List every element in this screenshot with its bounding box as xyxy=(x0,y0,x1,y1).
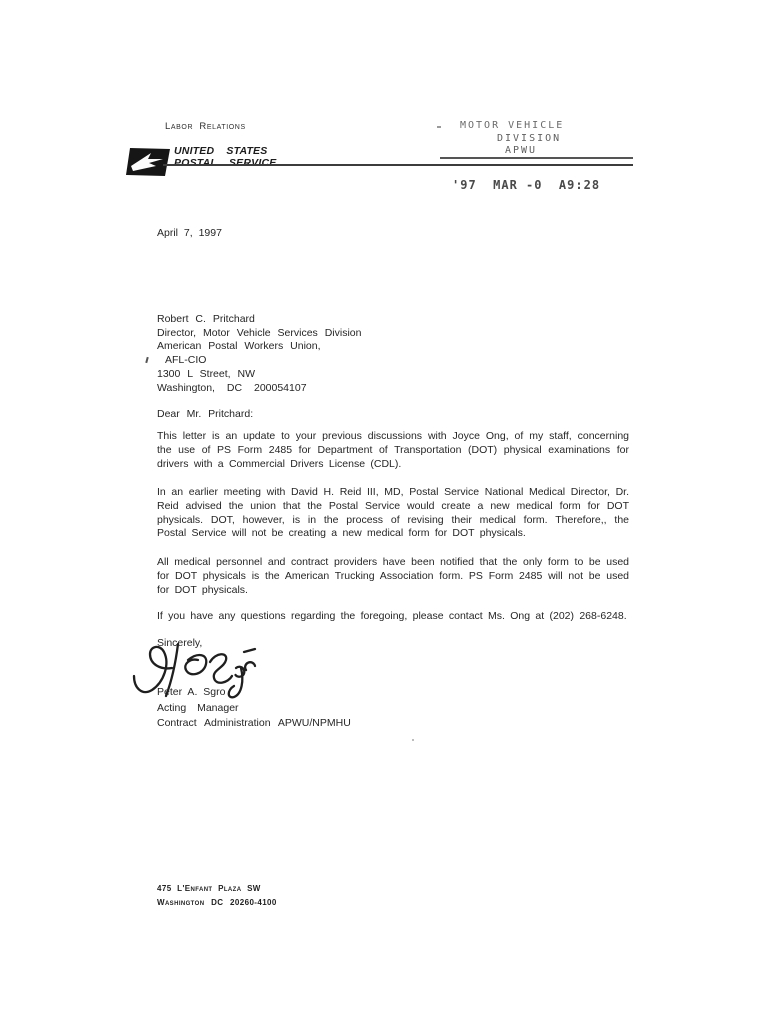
received-stamp-org-line1: MOTOR VEHICLE xyxy=(460,120,564,131)
body-paragraph-3: All medical personnel and contract provi… xyxy=(157,556,629,597)
footer-address-line1: 475 L'Enfant Plaza SW xyxy=(157,884,261,893)
recipient-org: American Postal Workers Union, xyxy=(157,340,361,354)
header-rule xyxy=(163,164,633,166)
recipient-name: Robert C. Pritchard xyxy=(157,313,361,327)
footer-address-line2: Washington DC 20260-4100 xyxy=(157,898,277,907)
received-stamp-underline xyxy=(440,157,633,159)
scanned-letter-page: Labor Relations UNITED STATES POSTAL SER… xyxy=(0,0,770,1024)
body-paragraph-1: This letter is an update to your previou… xyxy=(157,430,629,471)
recipient-org2: AFL-CIO xyxy=(157,354,361,368)
usps-logo xyxy=(126,147,170,177)
received-stamp-org-line2: DIVISION xyxy=(497,133,561,144)
recipient-city-state-zip: Washington, DC 200054107 xyxy=(157,382,361,396)
received-stamp-org-line3: APWU xyxy=(505,145,537,156)
recipient-address-block: Robert C. Pritchard Director, Motor Vehi… xyxy=(157,313,361,395)
usps-wordmark-line1: UNITED STATES xyxy=(174,146,276,158)
scan-artifact-dash xyxy=(437,126,441,128)
signer-name: Peter A. Sgro xyxy=(157,686,225,698)
signer-title-line1: Acting Manager xyxy=(157,702,239,714)
usps-eagle-icon xyxy=(126,147,170,177)
scan-artifact-tick xyxy=(145,357,148,363)
scan-artifact-dot xyxy=(412,739,414,741)
salutation: Dear Mr. Pritchard: xyxy=(157,408,253,420)
body-paragraph-4: If you have any questions regarding the … xyxy=(157,610,629,624)
letter-date: April 7, 1997 xyxy=(157,227,222,239)
department-label: Labor Relations xyxy=(165,121,246,132)
signer-title-line2: Contract Administration APWU/NPMHU xyxy=(157,717,351,729)
received-stamp-datetime: '97 MAR -0 A9:28 xyxy=(452,178,600,192)
body-paragraph-2: In an earlier meeting with David H. Reid… xyxy=(157,486,629,541)
recipient-street: 1300 L Street, NW xyxy=(157,368,361,382)
recipient-title: Director, Motor Vehicle Services Divisio… xyxy=(157,327,361,341)
